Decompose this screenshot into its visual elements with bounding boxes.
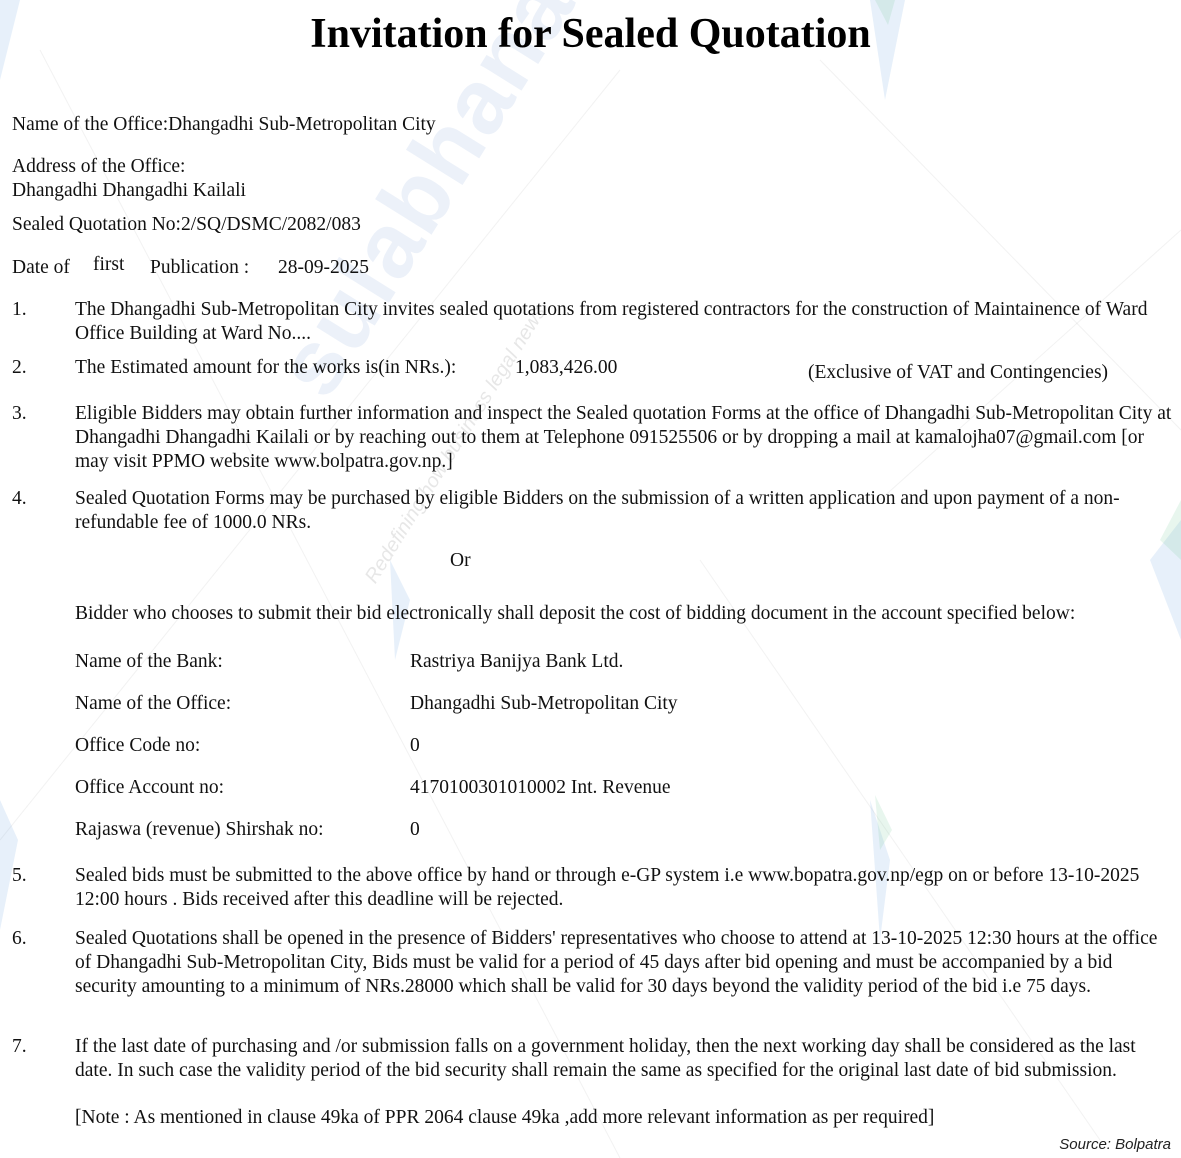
bank-detail-label: Name of the Bank:	[75, 650, 223, 674]
quotation-no-line: Sealed Quotation No:2/SQ/DSMC/2082/083	[12, 213, 361, 237]
clause-text: The Dhangadhi Sub-Metropolitan City invi…	[75, 298, 1170, 346]
clause-text: The Estimated amount for the works is(in…	[75, 356, 456, 380]
clause-number: 1.	[12, 298, 27, 322]
address-value: Dhangadhi Dhangadhi Kailali	[12, 179, 246, 203]
clause-number: 3.	[12, 402, 27, 426]
source-credit: Source: Bolpatra	[1059, 1133, 1171, 1157]
clause-text: Sealed Quotations shall be opened in the…	[75, 927, 1165, 999]
bank-detail-value: Dhangadhi Sub-Metropolitan City	[410, 692, 678, 716]
address-label: Address of the Office:	[12, 155, 185, 179]
electronic-deposit-text: Bidder who chooses to submit their bid e…	[75, 602, 1075, 626]
document-page: Invitation for Sealed Quotation Name of …	[0, 0, 1181, 1158]
bank-detail-label: Rajaswa (revenue) Shirshak no:	[75, 818, 324, 842]
estimated-amount: 1,083,426.00	[515, 356, 617, 380]
clause-text: Sealed Quotation Forms may be purchased …	[75, 487, 1170, 535]
amount-note: (Exclusive of VAT and Contingencies)	[808, 361, 1108, 385]
date-label-3: Publication :	[150, 256, 249, 280]
quotation-no: 2/SQ/DSMC/2082/083	[181, 214, 361, 235]
office-name-label: Name of the Office:	[12, 114, 168, 135]
clause-text: Sealed bids must be submitted to the abo…	[75, 864, 1165, 912]
publication-date: 28-09-2025	[278, 256, 369, 280]
date-label-2: first	[93, 253, 124, 277]
bank-detail-value: Rastriya Banijya Bank Ltd.	[410, 650, 623, 674]
or-separator: Or	[450, 549, 471, 573]
clause-text: Eligible Bidders may obtain further info…	[75, 402, 1175, 474]
clause-note: [Note : As mentioned in clause 49ka of P…	[75, 1106, 934, 1130]
bank-detail-label: Office Account no:	[75, 776, 224, 800]
bank-detail-label: Office Code no:	[75, 734, 200, 758]
office-name-line: Name of the Office:Dhangadhi Sub-Metropo…	[12, 113, 436, 137]
clause-number: 7.	[12, 1035, 27, 1059]
bank-detail-label: Name of the Office:	[75, 692, 231, 716]
clause-text: If the last date of purchasing and /or s…	[75, 1035, 1165, 1083]
clause-number: 2.	[12, 356, 27, 380]
quotation-no-label: Sealed Quotation No:	[12, 214, 181, 235]
bank-detail-value: 0	[410, 734, 420, 758]
bank-detail-value: 0	[410, 818, 420, 842]
clause-number: 4.	[12, 487, 27, 511]
bank-detail-value: 4170100301010002 Int. Revenue	[410, 776, 671, 800]
office-name: Dhangadhi Sub-Metropolitan City	[168, 114, 436, 135]
page-title: Invitation for Sealed Quotation	[0, 8, 1181, 60]
clause-number: 6.	[12, 927, 27, 951]
date-label-1: Date of	[12, 256, 70, 280]
clause-number: 5.	[12, 864, 27, 888]
